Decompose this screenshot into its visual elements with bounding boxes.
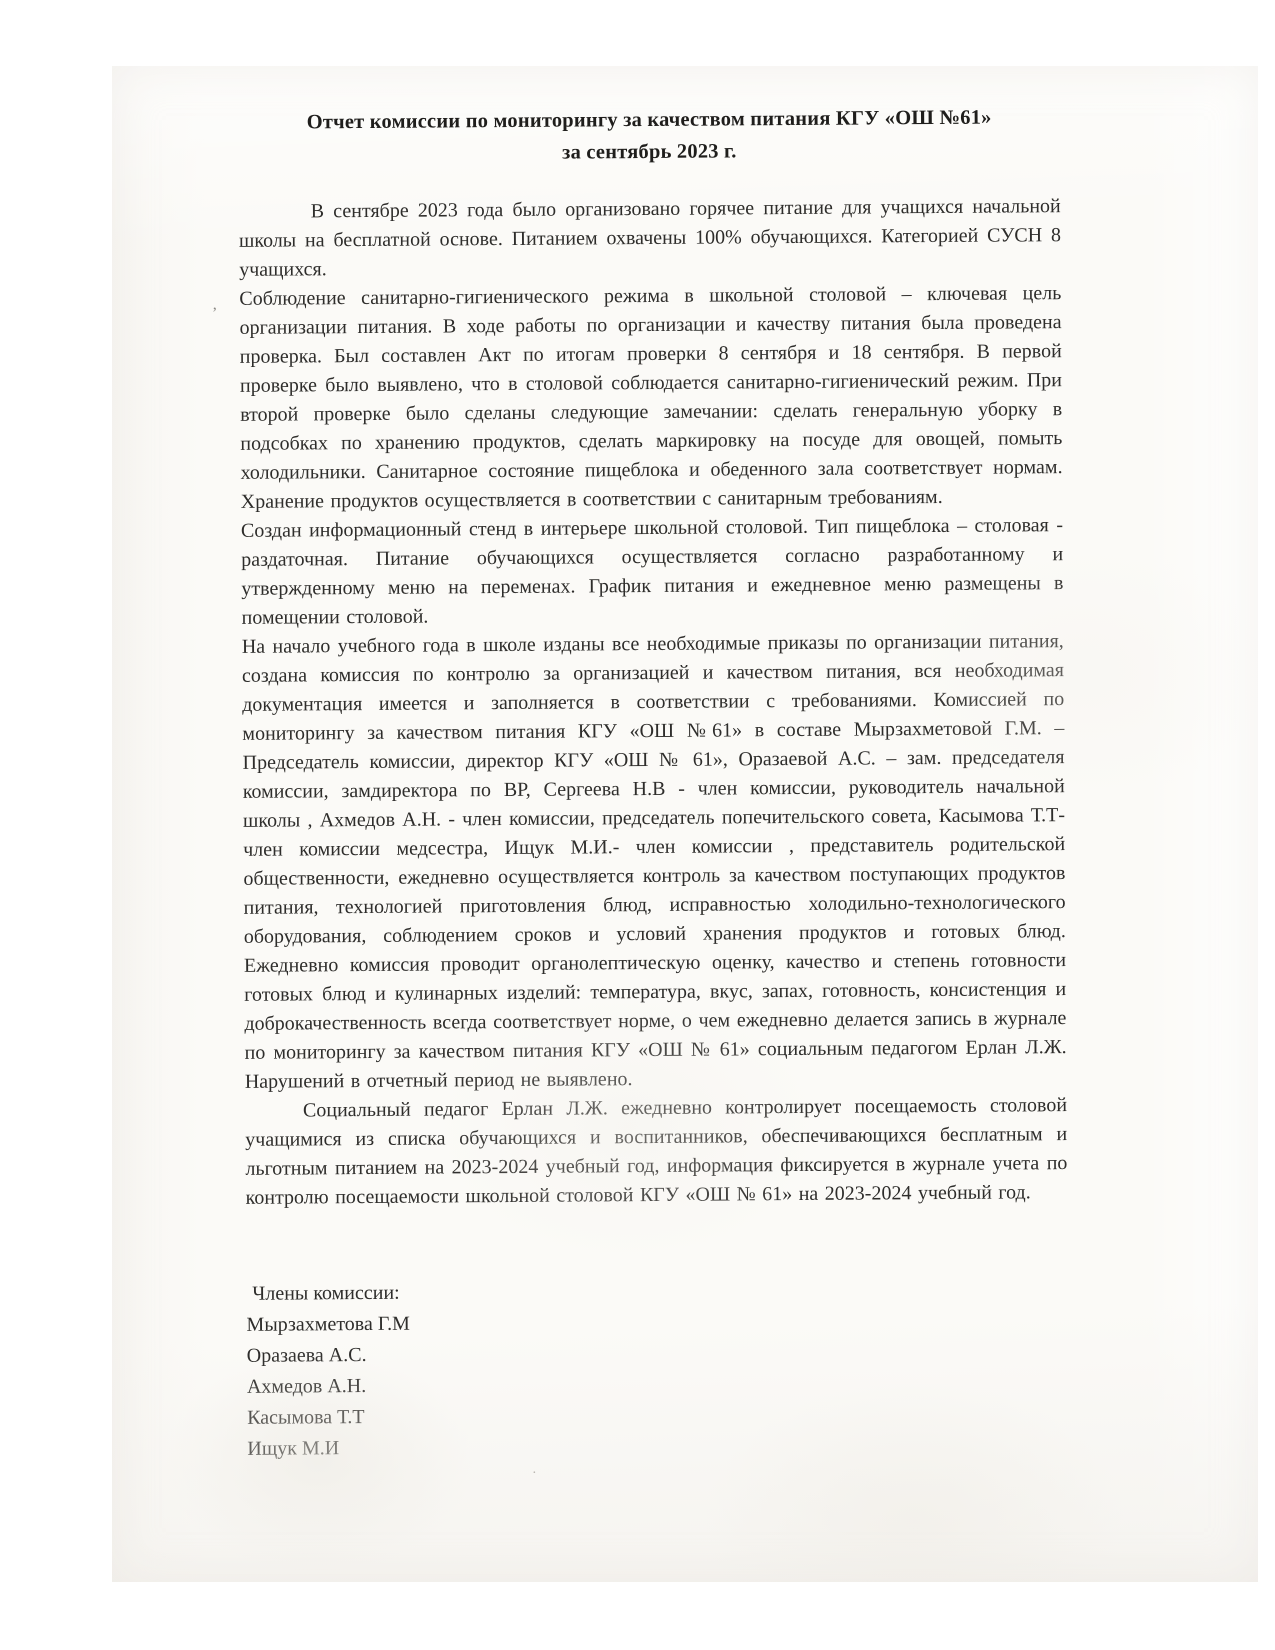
signature-block: Члены комиссии: Мырзахметова Г.М Оразаев… <box>246 1273 1069 1465</box>
document-title-line1: Отчет комиссии по мониторингу за качеств… <box>307 107 992 134</box>
signature-member: Ищук М.И <box>247 1428 1069 1465</box>
paragraph-sanitary-regime: Соблюдение санитарно-гигиенического режи… <box>239 279 1063 517</box>
scanned-page-background: ’ · Отчет комиссии по мониторингу за кач… <box>0 0 1275 1650</box>
document-page: ’ · Отчет комиссии по мониторингу за кач… <box>112 66 1258 1582</box>
paragraph-commission: На начало учебного года в школе изданы в… <box>242 627 1067 1097</box>
scan-speck: · <box>532 1466 537 1482</box>
document-title: Отчет комиссии по мониторингу за качеств… <box>238 101 1060 171</box>
scan-speck: ’ <box>212 306 217 322</box>
paragraph-info-stand: Создан информационный стенд в интерьере … <box>241 511 1064 633</box>
paragraph-intro: В сентябре 2023 года было организовано г… <box>239 192 1062 285</box>
paragraph-social-pedagog: Социальный педагог Ерлан Л.Ж. ежедневно … <box>245 1091 1068 1213</box>
document-title-line2: за сентябрь 2023 г. <box>562 140 737 163</box>
document-content: Отчет комиссии по мониторингу за качеств… <box>238 101 1069 1465</box>
